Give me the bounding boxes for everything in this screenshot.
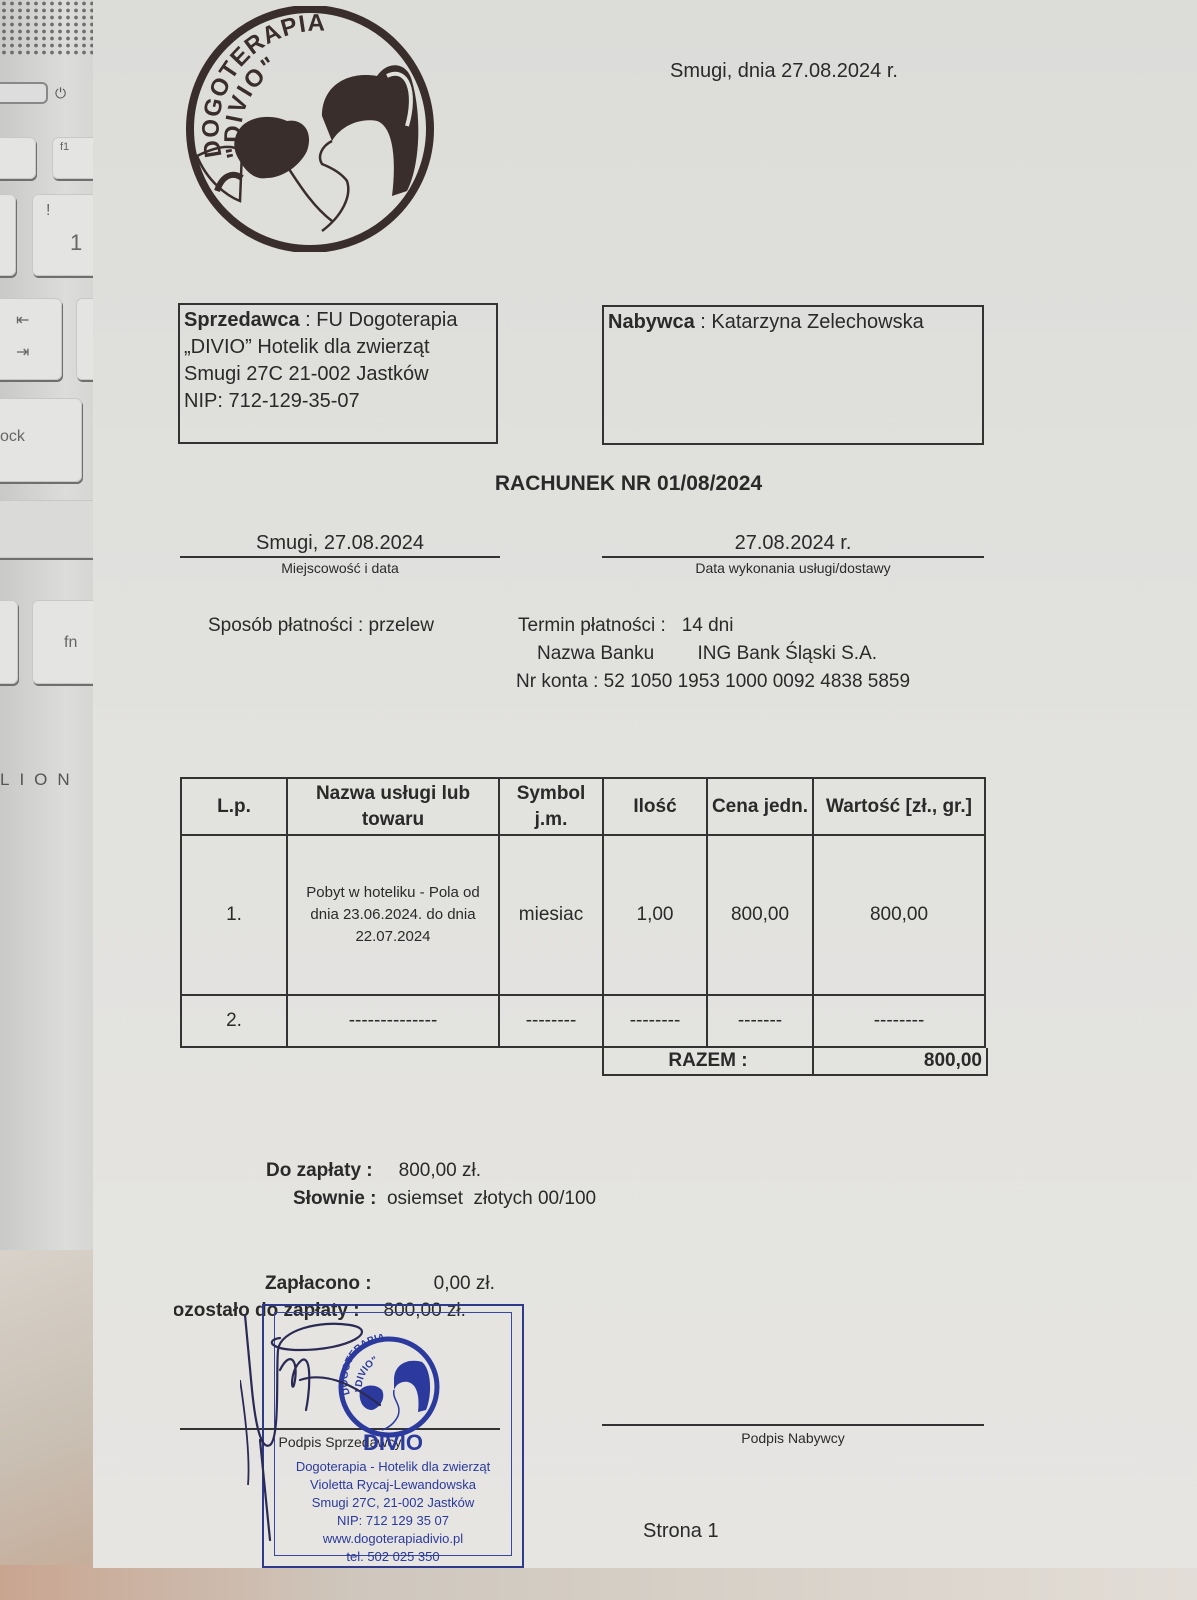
company-logo: DOGOTERAPIA "DIVIO" (182, 6, 438, 252)
col-value: Wartość [zł., gr.] (813, 778, 985, 835)
col-unit: Symbol j.m. (499, 778, 603, 835)
table-row: 1. Pobyt w hoteliku - Pola od dnia 23.06… (181, 835, 985, 995)
col-price: Cena jedn. (707, 778, 813, 835)
seller-nip: NIP: 712-129-35-07 (184, 388, 492, 415)
seller-label: Sprzedawca (184, 309, 300, 331)
seller-address: Smugi 27C 21-002 Jastków (184, 361, 492, 388)
col-qty: Ilość (603, 778, 707, 835)
bank-account: Nr konta : 52 1050 1953 1000 0092 4838 5… (516, 671, 910, 693)
key-tab: ⇤ ⇥ (0, 298, 62, 380)
total-label: RAZEM : (604, 1048, 814, 1074)
payment-term: Termin płatności : 14 dni (518, 615, 733, 637)
service-date-label: Data wykonania usługi/dostawy (602, 556, 984, 576)
bank-name: Nazwa Banku ING Bank Śląski S.A. (537, 643, 877, 665)
key-tilde (0, 194, 16, 276)
buyer-label: Nabywca (608, 311, 695, 333)
items-table: L.p. Nazwa usługi lub towaru Symbol j.m.… (180, 777, 986, 1048)
laptop-brand: LION (0, 770, 80, 790)
col-name: Nazwa usługi lub towaru (287, 778, 499, 835)
issue-place-date: Smugi, 27.08.2024 (180, 532, 500, 555)
buyer-signature-line: Podpis Nabywcy (602, 1424, 984, 1446)
seller-box: Sprzedawca : FU Dogoterapia „DIVIO” Hote… (178, 303, 498, 444)
place-date-header: Smugi, dnia 27.08.2024 r. (670, 60, 898, 83)
buyer-name: Katarzyna Zelechowska (711, 311, 923, 333)
key-ctrl (0, 600, 18, 684)
power-icon: ⏻ (55, 85, 66, 102)
bottom-background (0, 1565, 1197, 1600)
payment-method: Sposób płatności : przelew (208, 615, 434, 637)
issue-place-date-label: Miejscowość i data (180, 556, 500, 576)
total-value: 800,00 (814, 1048, 986, 1074)
power-button (0, 82, 48, 104)
to-pay: Do zapłaty :800,00 zł. (266, 1160, 481, 1182)
key-caps-lock: ock (0, 398, 82, 482)
amount-in-words: Słownie : osiemset złotych 00/100 (293, 1188, 596, 1210)
total-row: RAZEM : 800,00 (602, 1048, 988, 1076)
page-number: Strona 1 (643, 1520, 719, 1543)
paid: Zapłacono :0,00 zł. (265, 1273, 495, 1295)
seller-line: „DIVIO” Hotelik dla zwierząt (184, 334, 492, 361)
table-row: 2. -------------- -------- -------- ----… (181, 995, 985, 1047)
speaker-grille (0, 0, 95, 55)
col-lp: L.p. (181, 778, 287, 835)
service-date: 27.08.2024 r. (602, 532, 984, 555)
seller-name: FU Dogoterapia (316, 309, 457, 331)
document-title: RACHUNEK NR 01/08/2024 (0, 472, 1197, 496)
buyer-box: Nabywca : Katarzyna Zelechowska (602, 305, 984, 445)
key-esc (0, 137, 36, 179)
seller-signature (240, 1310, 400, 1550)
